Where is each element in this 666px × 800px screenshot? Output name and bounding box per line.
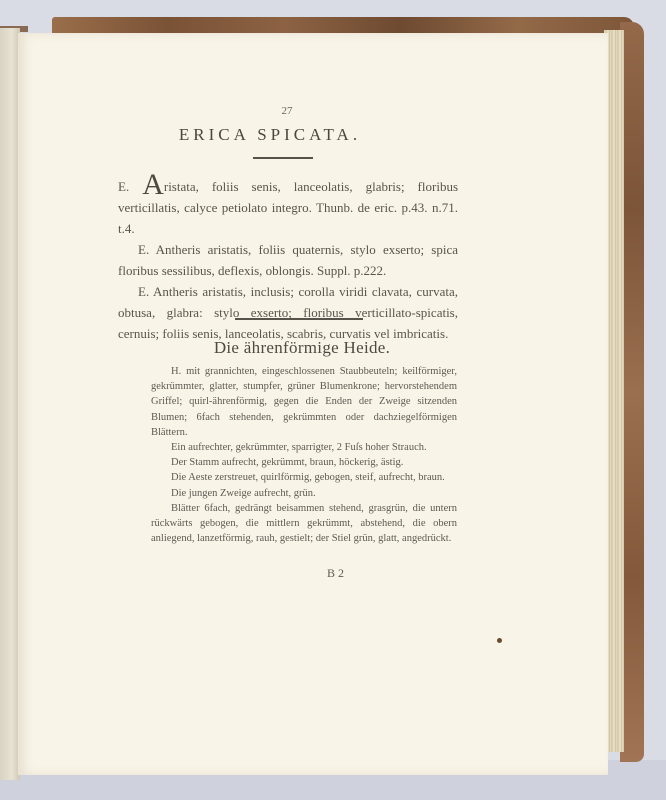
german-paragraph: Ein aufrechter, gekrümmter, sparrigter, … [151,440,457,455]
page-title: ERICA SPICATA. [150,125,390,145]
facing-page-edge [0,28,20,780]
latin-paragraph-2: E. Antheris aristatis, foliis quaternis,… [118,239,458,281]
signature-mark: B 2 [327,566,344,581]
latin-text: ristata, foliis senis, lanceolatis, glab… [118,179,458,236]
page-number: 27 [277,105,297,117]
title-rule [253,157,313,159]
foxing-spot [497,638,502,643]
section-rule [235,318,363,320]
german-paragraph: Die jungen Zweige aufrecht, grün. [151,486,457,501]
german-paragraph: Der Stamm aufrecht, gekrümmt, braun, höc… [151,455,457,470]
german-paragraph: H. mit grannichten, eingeschlossenen Sta… [151,364,457,440]
latin-paragraph-1: E. Aristata, foliis senis, lanceolatis, … [118,175,458,239]
german-paragraph: Blätter 6fach, gedrängt beisammen stehen… [151,501,457,547]
german-paragraph: Die Aeste zerstreuet, quirlförmig, gebog… [151,470,457,485]
species-abbrev: E. [118,179,129,194]
german-heading: Die ährenförmige Heide. [182,338,422,358]
drop-cap: A [142,168,164,201]
german-description: H. mit grannichten, eingeschlossenen Sta… [151,364,457,546]
latin-paragraph-3: E. Antheris aristatis, inclusis; corolla… [118,281,458,344]
